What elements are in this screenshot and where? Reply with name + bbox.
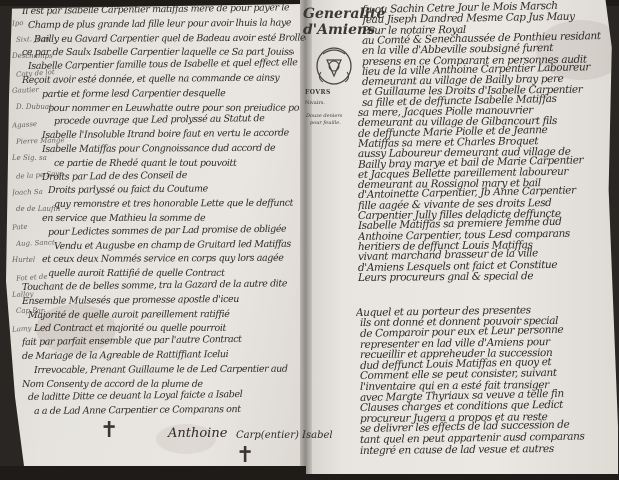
manuscript-line: Irrevocable, Prenant Guillaume le de Led… (34, 363, 306, 375)
manuscript-line: pour nommer en Leuwhatte outre pour son … (48, 102, 300, 113)
manuscript-line: Bailly eu Gavard Carpentier quel de Bade… (34, 32, 306, 44)
royal-seal-icon (313, 44, 355, 86)
margin-note: Le Sig. sa (12, 154, 62, 162)
stamp-price-1: Douze deniers (306, 113, 342, 119)
scan-edge-bottom-left (0, 466, 306, 480)
scan-edge-bottom-right (306, 474, 619, 480)
manuscript-line: integré en cause de lad vesue et autres (360, 442, 610, 457)
margin-note: Deschamps (12, 52, 62, 60)
margin-note: de de Laufin (16, 205, 66, 213)
manuscript-line: en service que Mathieu la somme de (42, 213, 294, 224)
manuscript-line: ce par de Saulx Isabelle Carpentier laqu… (22, 47, 294, 58)
manuscript-line: Ensemble Mulsesés que promesse apostle d… (22, 293, 294, 307)
signature-anthoine: Anthoine (168, 426, 227, 441)
signature-carpentier: Carp(entier) Isabel (236, 430, 333, 441)
margin-note: D. Dubuat (16, 103, 66, 111)
manuscript-line: Champ de plus grande lad fille leur pour… (28, 17, 300, 31)
manuscript-spread: Generalité d'Amiens FOVRS Nivairs. Douze… (0, 0, 619, 480)
stamp-label: FOVRS (305, 89, 331, 96)
manuscript-line: Majorité de quelle auroit pareillement r… (28, 308, 300, 320)
margin-note: Hurtel (12, 256, 62, 264)
manuscript-line: Leurs procureurs gnal & special de (358, 269, 608, 284)
stamp-price-2: pour feuille. (310, 120, 341, 126)
margin-note: Cap Par (16, 307, 66, 315)
stamp-label-3: Nivairs. (305, 100, 325, 106)
manuscript-line: quy remonstre et tres honorable Lette qu… (54, 198, 306, 210)
manuscript-line: quelle auroit Rattifié de quelle Contrac… (48, 268, 300, 279)
manuscript-line: partie et forme lesd Carpentier desquell… (42, 87, 294, 99)
manuscript-line: Vendu et Augusbe en champ de Gruitard le… (54, 238, 306, 251)
manuscript-line: et ceux deux Nommés service en corps quy… (42, 253, 294, 265)
manuscript-line: ce partie de Rhedé quant le tout pouvoit… (54, 158, 306, 169)
manuscript-line: Isabelle Matiffas pour Congnoissance dud… (42, 143, 294, 155)
cross-mark-icon: ✝ (100, 420, 118, 442)
cross-mark-icon: ✝ (236, 445, 254, 467)
